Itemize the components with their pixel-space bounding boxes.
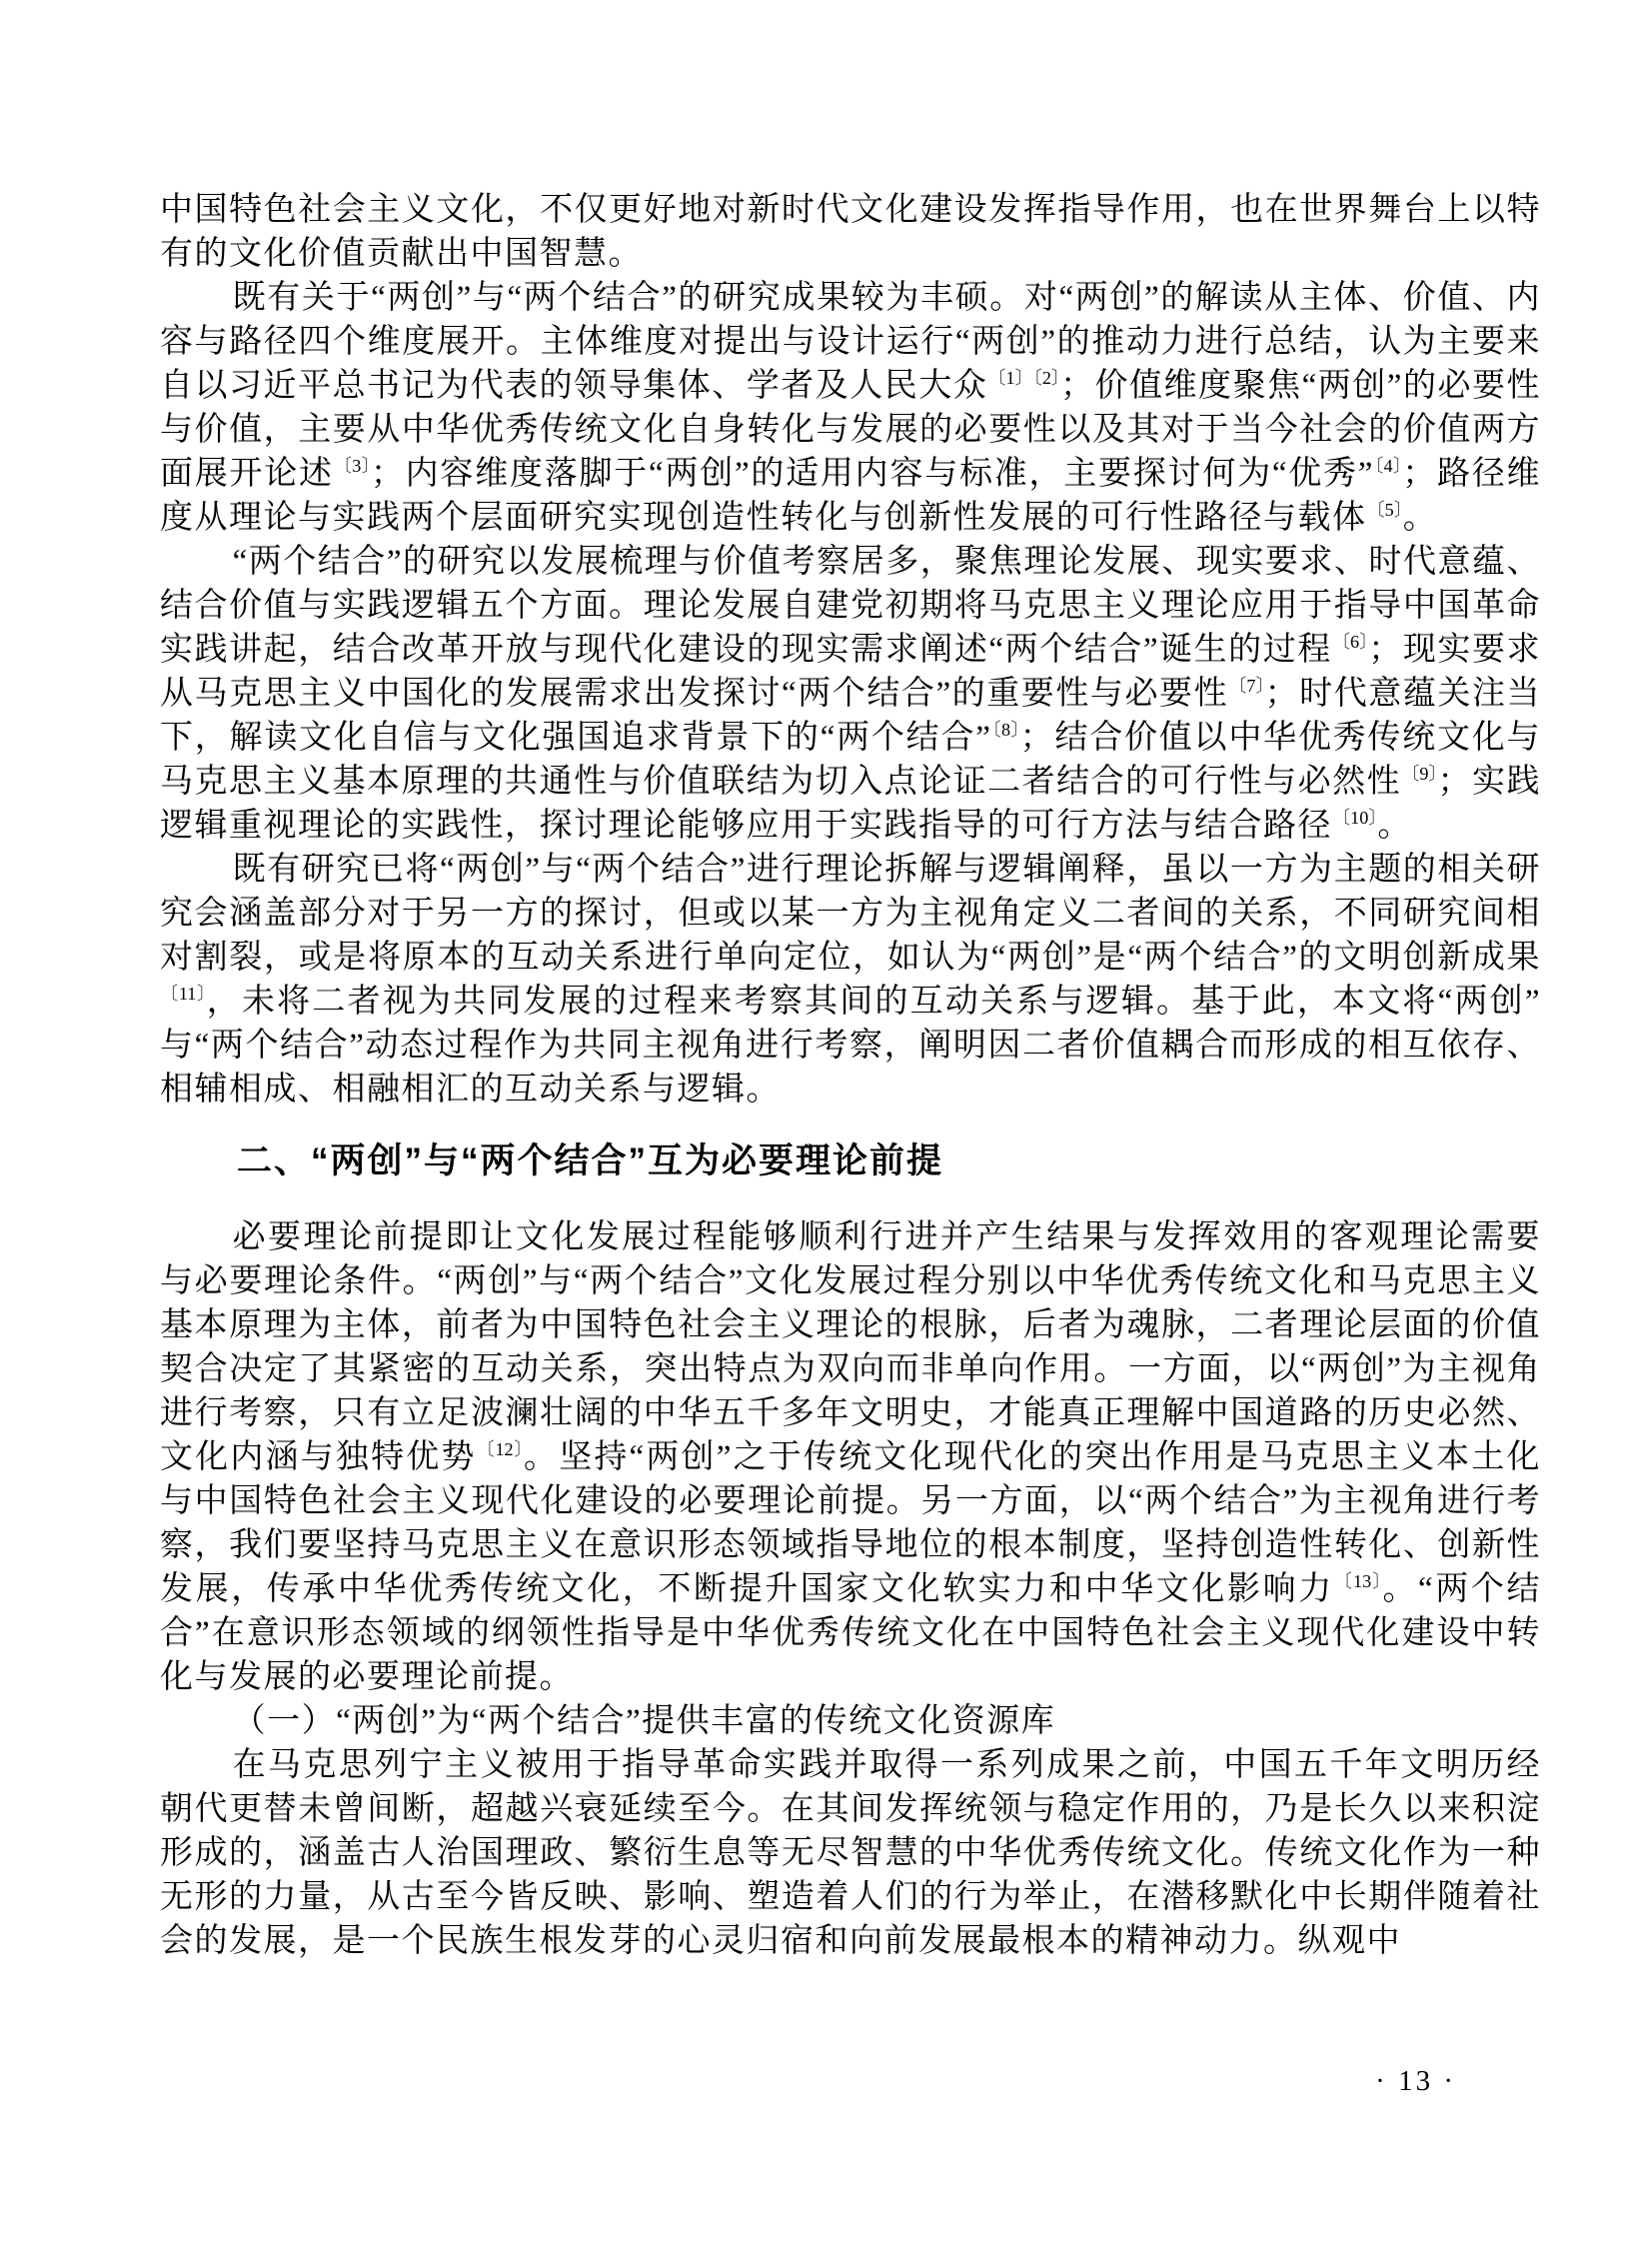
citation-reference: 〔10〕 [1332, 808, 1377, 828]
paragraph: 既有关于“两创”与“两个结合”的研究成果较为丰硕。对“两创”的解读从主体、价值、… [160, 276, 1541, 540]
paragraph: 中国特色社会主义文化，不仅更好地对新时代文化建设发挥指导作用，也在世界舞台上以特… [160, 188, 1541, 276]
citation-reference: 〔3〕 [334, 456, 371, 476]
citation-reference: 〔5〕 [1367, 500, 1403, 520]
citation-reference: 〔7〕 [1228, 676, 1264, 696]
paragraph: 必要理论前提即让文化发展过程能够顺利行进并产生结果与发挥效用的客观理论需要与必要… [160, 1215, 1541, 1699]
citation-reference: 〔13〕 [1334, 1571, 1383, 1591]
paragraph: 既有研究已将“两创”与“两个结合”进行理论拆解与逻辑阐释，虽以一方为主题的相关研… [160, 848, 1541, 1112]
citation-reference: 〔11〕 [160, 984, 207, 1004]
paragraph: “两个结合”的研究以发展梳理与价值考察居多，聚焦理论发展、现实要求、时代意蕴、结… [160, 540, 1541, 848]
page-number: · 13 · [1375, 2061, 1456, 2101]
citation-reference: 〔8〕 [991, 720, 1019, 740]
paragraph: 在马克思列宁主义被用于指导革命实践并取得一系列成果之前，中国五千年文明历经朝代更… [160, 1743, 1541, 1963]
citation-reference: 〔12〕 [477, 1439, 524, 1459]
citation-reference: 〔1〕〔2〕 [987, 368, 1060, 388]
citation-reference: 〔9〕 [1401, 764, 1437, 784]
article-body: 中国特色社会主义文化，不仅更好地对新时代文化建设发挥指导作用，也在世界舞台上以特… [160, 188, 1541, 1963]
citation-reference: 〔4〕 [1374, 456, 1402, 476]
section-heading: 二、“两创”与“两个结合”互为必要理论前提 [160, 1137, 1541, 1185]
citation-reference: 〔6〕 [1332, 632, 1368, 652]
document-page: 中国特色社会主义文化，不仅更好地对新时代文化建设发挥指导作用，也在世界舞台上以特… [0, 0, 1652, 2243]
subsection-heading: （一）“两创”为“两个结合”提供丰富的传统文化资源库 [160, 1699, 1541, 1743]
